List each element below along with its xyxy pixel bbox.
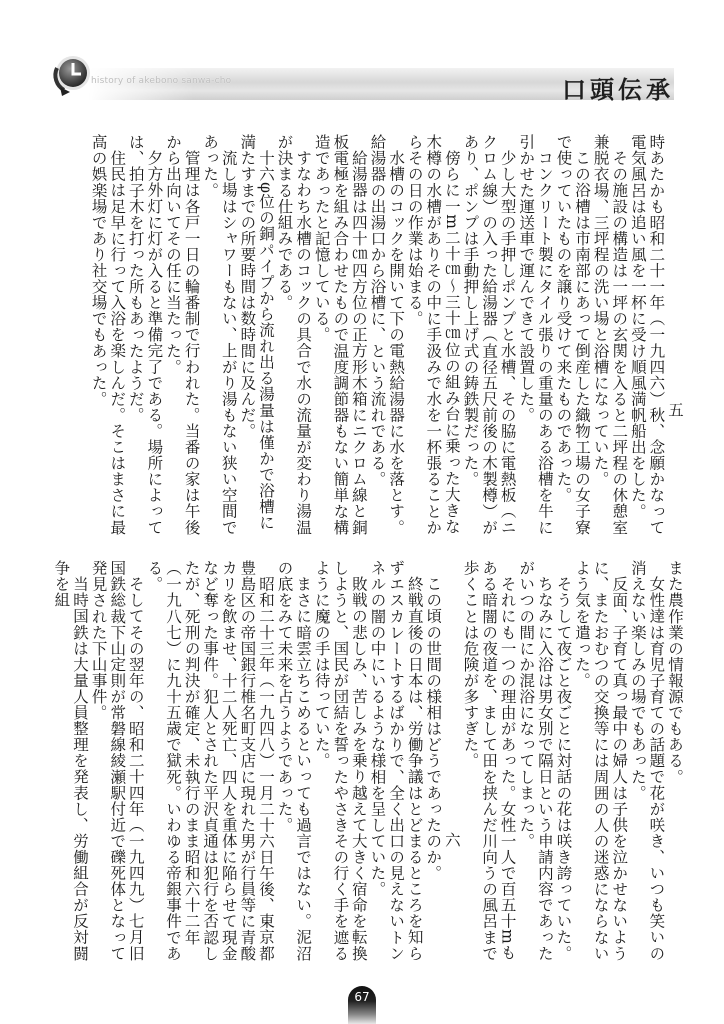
paragraph: 十六φ位の銅パイプから流れ出る湯量は僅かで浴槽に満たすまでの所要時間は数時間に及…: [238, 134, 275, 536]
paragraph: ちなみに入浴は男女別で隔日という申請内容であったがいつの間にか混浴になってしまっ…: [517, 560, 554, 970]
paragraph: また農作業の情報源でもある。: [665, 560, 684, 970]
page-header: history of akebono sanwa-cho 口頭伝承: [0, 40, 724, 120]
paragraph: 住民は足早に行って入浴を楽しんだ。そこはまさに最高の娯楽場であり社交場でもあった…: [89, 134, 126, 536]
paragraph: 終戦直後の日本は、労働争議はとどまるところを知らずエスカレートするばかりで、全く…: [368, 560, 424, 970]
paragraph: その施設の構造は一坪の玄関を入ると二坪程の休憩室兼脱衣場、三坪程の洗い場と浴槽に…: [591, 134, 628, 536]
section-heading: 六: [442, 560, 461, 970]
paragraph: 傍らに一m二十㎝～三十㎝位の組み台に乗った大きな木樽の水槽がありその中に手汲みで…: [405, 134, 461, 536]
page-number: 67: [348, 990, 376, 1004]
section-heading: 五: [665, 134, 684, 536]
paragraph: この浴槽は市南部にあって倒産した織物工場の女子寮で使っていたものを譲り受けて来た…: [554, 134, 591, 536]
paragraph: まさに暗雲立ちこめるといっても過言ではない。泥沼の底をみて未来を占うようであった…: [275, 560, 312, 970]
paragraph: 敗戦の悲しみ、苦しみを乗り越えて大きく宿命を転換しようと、国民が団結を誓ったやさ…: [312, 560, 368, 970]
paragraph: 時あたかも昭和二十一年（一九四六）秋、念願かなって電気風呂は追い風を一杯に受け順…: [628, 134, 665, 536]
section-five: 五 時あたかも昭和二十一年（一九四六）秋、念願かなって電気風呂は追い風を一杯に受…: [60, 134, 684, 536]
paragraph: それにも一つの理由があった。女性一人で百五十mもある暗闇の夜道を、まして田を挟ん…: [461, 560, 517, 970]
paragraph: この頃の世間の様相はどうであったのか。: [424, 560, 443, 970]
page-title: 口頭伝承: [562, 70, 674, 105]
paragraph: すなわち水槽のコックの具合で水の流量が変わり湯温が決まる仕組みである。: [275, 134, 312, 536]
paragraph: 昭和二十三年（一九四八）一月二十六日午後、東京都豊島区の帝国銀行椎名町支店に現れ…: [145, 560, 275, 970]
paragraph: そしてその翌年の、昭和二十四年（一九四九）七月旧国鉄総裁下山定則が常磐線綾瀬駅付…: [89, 560, 145, 970]
paragraph: 反面、子育て真っ最中の婦人は子供を泣かせないように、またおむつの交換等には周囲の…: [572, 560, 628, 970]
paragraph: 給湯器は四十㎝四方位の正方形木箱にニクロム線と銅板電極を組み合わせたもので温度調…: [312, 134, 368, 536]
paragraph: 流し場はシャワーもない、上がり湯もない狭い空間であった。: [201, 134, 238, 536]
paragraph: 水槽のコックを開いて下の電熱給湯器に水を落とす。給湯器の出湯口から浴槽に、という…: [368, 134, 405, 536]
paragraph: 当時国鉄は大量人員整理を発表し、労働組合が反対闘争を組: [52, 560, 89, 970]
paragraph: 夕方外灯に灯が入ると準備完了である。場所によっては、拍子木を打った所もあったよう…: [126, 134, 163, 536]
paragraph: 少し大型の手押しポンプと水槽、その脇に電熱板（ニクロム線）の入った給湯器（直径五…: [461, 134, 517, 536]
header-subtitle: history of akebono sanwa-cho: [91, 76, 231, 86]
clock-return-icon: [50, 54, 92, 98]
paragraph: そうして夜ごと夜ごとに対話の花は咲き誇っていた。: [554, 560, 573, 970]
section-six: また農作業の情報源でもある。 女性達は育児子育ての話題で花が咲き、いつも笑いの消…: [60, 560, 684, 970]
paragraph: 管理は各戸一日の輪番制で行われた。当番の家は午後から出向いてその任に当たった。: [163, 134, 200, 536]
paragraph: コンクリート製にタイル張りの重量のある浴槽を牛に引かせた運送車で運んできて設置し…: [517, 134, 554, 536]
paragraph: 女性達は育児子育ての話題で花が咲き、いつも笑いの消えない楽しみの場でもあった。: [628, 560, 665, 970]
page-number-tab: 67: [348, 986, 376, 1024]
